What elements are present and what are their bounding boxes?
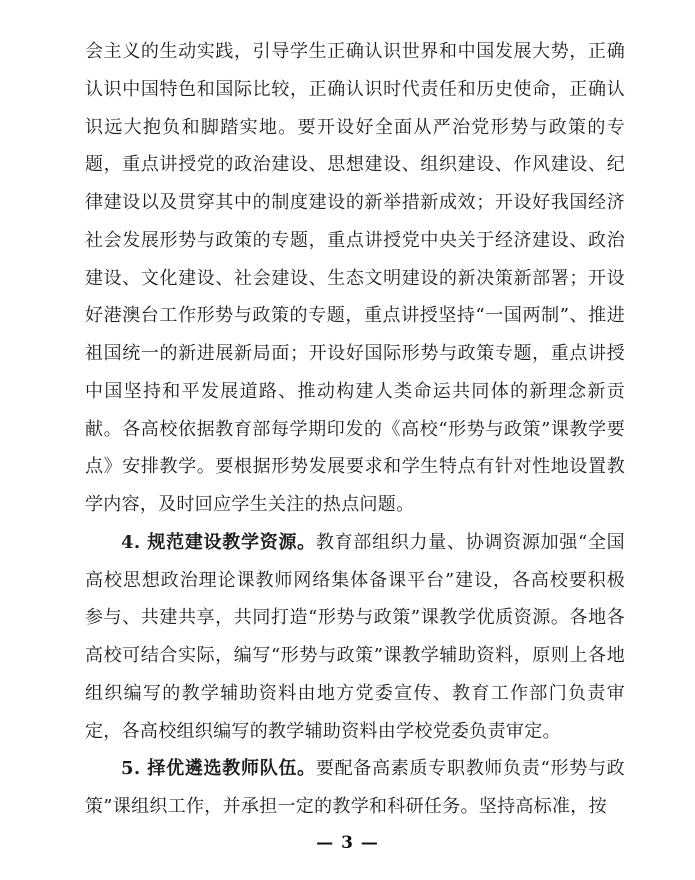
paragraph-bold-lead: 4. 规范建设教学资源。 bbox=[121, 532, 316, 553]
document-body: 会主义的生动实践，引导学生正确认识世界和中国发展大势，正确认识中国特色和国际比较… bbox=[85, 33, 625, 826]
paragraph-text: 会主义的生动实践，引导学生正确认识世界和中国发展大势，正确认识中国特色和国际比较… bbox=[85, 41, 625, 515]
paragraph: 会主义的生动实践，引导学生正确认识世界和中国发展大势，正确认识中国特色和国际比较… bbox=[85, 33, 625, 524]
paragraph: 5. 择优遴选教师队伍。要配备高素质专职教师负责“形势与政策”课组织工作，并承担… bbox=[85, 750, 625, 826]
document-page: 会主义的生动实践，引导学生正确认识世界和中国发展大势，正确认识中国特色和国际比较… bbox=[0, 0, 695, 880]
paragraph-bold-lead: 5. 择优遴选教师队伍。 bbox=[121, 758, 316, 779]
paragraph: 4. 规范建设教学资源。教育部组织力量、协调资源加强“全国高校思想政治理论课教师… bbox=[85, 524, 625, 751]
paragraph-text: 教育部组织力量、协调资源加强“全国高校思想政治理论课教师网络集体备课平台”建设，… bbox=[85, 532, 625, 742]
page-number: — 3 — bbox=[0, 833, 695, 853]
